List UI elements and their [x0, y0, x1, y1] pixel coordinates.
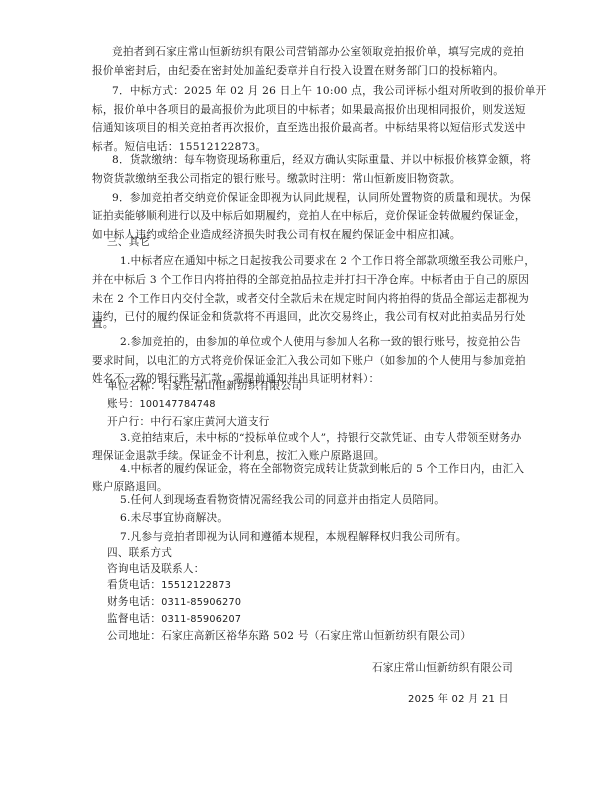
address-row: 公司地址：石家庄高新区裕华东路 502 号（石家庄常山恒新纺织有限公司）: [107, 630, 547, 643]
bank-account-value: 100147784748: [140, 399, 216, 410]
intro-line-1: 竞拍者到石家庄常山恒新纺织有限公司营销部办公室领取竞拍报价单，填写完成的竞拍: [112, 46, 552, 59]
s3-item7-line: 7.凡参与竞拍者即视为认同和遵循本规程，本规程解释权归我公司所有。: [120, 531, 560, 544]
bank-branch-label: 开户行：: [107, 416, 150, 428]
s3-item1-line-2: 并在中标后 3 个工作日内将拍得的全部竞拍品拉走并打扫干净仓库。中标者由于自己的…: [92, 274, 532, 287]
signature-date: 2025 年 02 月 21 日: [408, 693, 528, 706]
bank-branch-value: 中行石家庄黄河大道支行: [150, 416, 269, 428]
document-page: 竞拍者到石家庄常山恒新纺织有限公司营销部办公室领取竞拍报价单，填写完成的竞拍 报…: [0, 0, 612, 806]
s3-item4-line-1: 4.中标者的履约保证金，将在全部物资完成转让货款到帐后的 5 个工作日内，由汇入: [120, 463, 560, 476]
item9-line-2: 证拍卖能够顺利进行以及中标后如期履约，竞拍人在中标后，竞价保证金转做履约保证金，: [92, 210, 532, 223]
item7-line-4: 标者。短信电话：15512122873。: [92, 141, 532, 154]
contact-label: 财务电话：: [107, 596, 161, 608]
contact-value: 0311-85906270: [161, 597, 241, 608]
bank-name-label: 单位名称：: [107, 380, 161, 392]
consult-label: 咨询电话及联系人：: [107, 563, 547, 576]
signature-company: 石家庄常山恒新纺织有限公司: [372, 662, 532, 675]
contact-label: 监督电话：: [107, 613, 161, 625]
s3-item1-line-5: 置。: [92, 318, 532, 331]
contact-row-supervision: 监督电话：0311-85906207: [107, 613, 547, 626]
address-label: 公司地址：: [107, 630, 161, 642]
section3-heading: 三、其它: [107, 236, 547, 249]
s3-item3-line-2: 理保证金退款手续。保证金不计利息，按汇入账户原路退回。: [92, 450, 532, 463]
address-value: 石家庄高新区裕华东路 502 号（石家庄常山恒新纺织有限公司）: [161, 630, 471, 642]
s3-item5-line: 5.任何人到现场查看物资情况需经我公司的同意并由指定人员陪同。: [120, 494, 560, 507]
item7-line-1: 7．中标方式：2025 年 02 月 26 日上午 10:00 点，我公司评标小…: [112, 85, 552, 98]
s3-item4-line-2: 账户原路退回。: [92, 481, 532, 494]
bank-branch-row: 开户行：中行石家庄黄河大道支行: [107, 416, 547, 429]
bank-account-row: 账号：100147784748: [107, 398, 547, 411]
item8-line-1: 8．货款缴纳：每车物资现场称重后，经双方确认实际重量、并以中标报价核算金额，将: [112, 154, 552, 167]
item7-line-2: 标，报价单中各项目的最高报价为此项目的中标者；如果最高报价出现相同报价，则发送短: [92, 104, 532, 117]
intro-line-2: 报价单密封后，由纪委在密封处加盖纪委章并自行投入设置在财务部门口的投标箱内。: [92, 65, 532, 78]
contact-row-finance: 财务电话：0311-85906270: [107, 596, 547, 609]
contact-value: 0311-85906207: [161, 614, 241, 625]
item7-line-3: 信通知该项目的相关竞拍者再次报价，直至选出报价最高者。中标结果将以短信形式发送中: [92, 122, 532, 135]
s3-item2-line-2: 要求时间，以电汇的方式将竞价保证金汇入我公司如下账户（如参加的个人使用与参加竞拍: [92, 355, 532, 368]
s3-item1-line-3: 未在 2 个工作日内交付全款，或者交付全款后未在规定时间内将拍得的货品全部运走都…: [92, 293, 532, 306]
bank-account-label: 账号：: [107, 398, 140, 410]
contact-label: 看货电话：: [107, 579, 161, 591]
section4-heading: 四、联系方式: [107, 547, 547, 560]
bank-name-row: 单位名称：石家庄常山恒新纺织有限公司: [107, 380, 547, 393]
item9-line-1: 9．参加竞拍者交纳竞价保证金即视为认同此规程，认同所处置物资的质量和现状。为保: [112, 192, 552, 205]
bank-name-value: 石家庄常山恒新纺织有限公司: [161, 380, 302, 392]
contact-value: 15512122873: [161, 580, 231, 591]
contact-row-viewing: 看货电话：15512122873: [107, 579, 547, 592]
s3-item3-line-1: 3.竞拍结束后，未中标的“投标单位或个人”，持银行交款凭证、由专人带领至财务办: [120, 432, 560, 445]
s3-item2-line-1: 2.参加竞拍的，由参加的单位或个人使用与参加人名称一致的银行账号，按竞拍公告: [120, 336, 560, 349]
s3-item6-line: 6.未尽事宜协商解决。: [120, 512, 560, 525]
s3-item1-line-1: 1.中标者应在通知中标之日起按我公司要求在 2 个工作日将全部款项缴至我公司账户…: [120, 255, 560, 268]
item8-line-2: 物资货款缴纳至我公司指定的银行账号。缴款时注明：常山恒新废旧物资款。: [92, 173, 532, 186]
